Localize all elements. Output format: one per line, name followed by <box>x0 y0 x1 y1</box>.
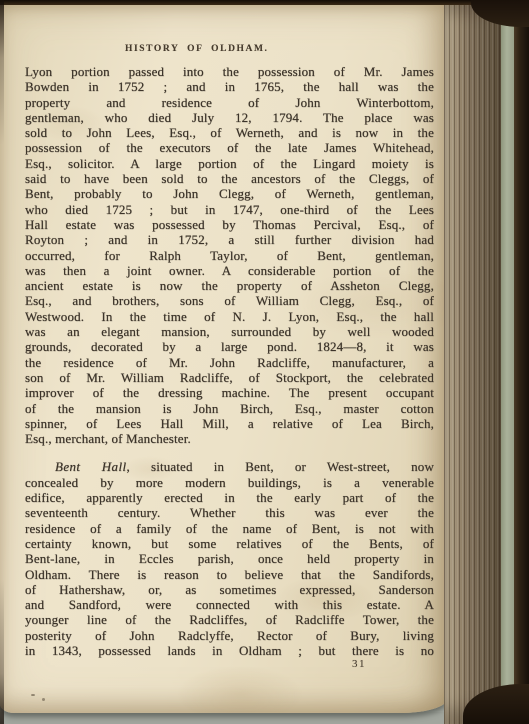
text-line: posterity of John Radclyffe, Rector of B… <box>25 628 434 643</box>
text-line: occurred, for Ralph Taylor, of Bent, gen… <box>25 248 434 263</box>
text-block: Lyon portion passed into the possession … <box>25 64 434 658</box>
text-line: gentleman, who died July 12, 1794. The p… <box>25 110 434 125</box>
text-line: Westwood. In the time of N. J. Lyon, Esq… <box>25 309 434 324</box>
text-line: Royton ; and in 1752, a still further di… <box>25 232 434 247</box>
text-line: Esq., merchant, of Manchester. <box>25 431 434 446</box>
text-line: Oldham. There is reason to believe that … <box>25 567 434 582</box>
text-line: edifice, apparently erected in the early… <box>25 490 434 505</box>
text-line: ancient estate is now the property of As… <box>25 278 434 293</box>
text-line: Esq., solicitor. A large portion of the … <box>25 156 434 171</box>
ink-speck <box>29 351 32 354</box>
text-line: certainty known, but some relatives of t… <box>25 536 434 551</box>
text-line: Bent-lane, in Eccles parish, once held p… <box>25 551 434 566</box>
paragraph-1: Lyon portion passed into the possession … <box>25 64 434 446</box>
text-line: and Sandford, were connected with this e… <box>25 597 434 612</box>
page-number: 31 <box>352 658 366 670</box>
book-page: HISTORY OF OLDHAM. Lyon portion passed i… <box>0 4 447 713</box>
endpaper-edge <box>501 0 514 724</box>
text-line: sold to John Lees, Esq., of Werneth, and… <box>25 125 434 140</box>
text-line: Bent, probably to John Clegg, of Werneth… <box>25 186 434 201</box>
text-line: Hall estate was possessed by Thomas Perc… <box>25 217 434 232</box>
text-line: Lyon portion passed into the possession … <box>25 64 434 79</box>
book-fore-edge-pages <box>444 0 501 724</box>
text-line: improver of the dressing machine. The pr… <box>25 385 434 400</box>
text-line: concealed by more modern buildings, is a… <box>25 475 434 490</box>
text-line: grounds, decorated by a large pond. 1824… <box>25 339 434 354</box>
text-line: in 1343, possessed lands in Oldham ; but… <box>25 643 434 658</box>
text-line: Esq., and brothers, sons of William Cleg… <box>25 293 434 308</box>
text-line: was an elegant mansion, surrounded by we… <box>25 324 434 339</box>
text-line: seventeenth century. Whether this was ev… <box>25 505 434 520</box>
text-line: property and residence of John Winterbot… <box>25 95 434 110</box>
text-line: the residence of Mr. John Radcliffe, man… <box>25 355 434 370</box>
text-line-rest: , situated in Bent, or West-street, now <box>126 459 434 474</box>
text-line: Bowden in 1752 ; and in 1765, the hall w… <box>25 79 434 94</box>
text-line: said to have been sold to the ancestors … <box>25 171 434 186</box>
text-line: possession of the executors of the late … <box>25 140 434 155</box>
text-line: of the mansion is John Birch, Esq., mast… <box>25 401 434 416</box>
ink-speck <box>42 698 45 701</box>
text-line: spinner, of Lees Hall Mill, a relative o… <box>25 416 434 431</box>
text-line: of Hathershaw, or, as sometimes expresse… <box>25 582 434 597</box>
running-header: HISTORY OF OLDHAM. <box>125 44 269 54</box>
scanned-book-photo: HISTORY OF OLDHAM. Lyon portion passed i… <box>0 0 529 724</box>
ink-speck <box>31 694 35 696</box>
text-line: was then a joint owner. A considerable p… <box>25 263 434 278</box>
text-line: Bent Hall, situated in Bent, or West-str… <box>25 459 434 474</box>
text-line: residence of a family of the name of Ben… <box>25 521 434 536</box>
text-line: son of Mr. William Radcliffe, of Stockpo… <box>25 370 434 385</box>
book-cover-edge <box>514 0 529 724</box>
paragraph-2: Bent Hall, situated in Bent, or West-str… <box>25 459 434 658</box>
italic-lead: Bent Hall <box>55 459 126 474</box>
text-line: who died 1725 ; but in 1747, one-third o… <box>25 202 434 217</box>
photo-top-dark-edge <box>0 0 529 5</box>
text-line: younger line of the Radcliffes, of Radcl… <box>25 612 434 627</box>
scanner-background <box>0 712 446 724</box>
